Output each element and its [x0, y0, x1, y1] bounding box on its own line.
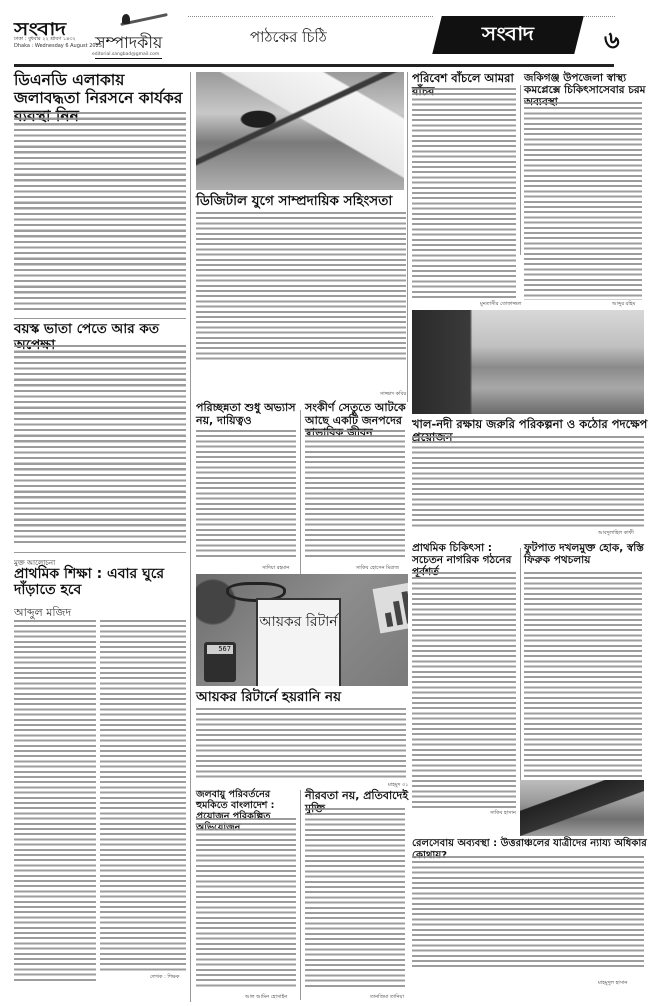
climate-body [196, 818, 296, 988]
opinion-headline[interactable]: প্রাথমিক শিক্ষা : এবার ঘুরে দাঁড়াতে হবে [14, 566, 186, 598]
cleanliness-headline[interactable]: পরিচ্ছন্নতা শুধু অভ্যাস নয়, দায়িত্বও [196, 402, 300, 427]
editorial-2-body [14, 345, 186, 545]
rail-body [412, 856, 644, 968]
footpath-body [524, 572, 642, 808]
bridge-body [305, 430, 405, 560]
tax-return-card-label: আয়কর রিটার্ন [258, 614, 339, 631]
environment-body [412, 88, 516, 300]
section-divider [14, 318, 186, 319]
silence-credit: তানজিমা তানিয়া [370, 994, 404, 1002]
train-photo [520, 780, 644, 836]
sangbad-logo-box[interactable]: সংবাদ [432, 16, 583, 54]
calculator-icon: 567 [204, 642, 236, 682]
environment-credit: মুনতাসীর তোফাজ্জল [480, 301, 521, 309]
dateline-bangla: ঢাকা : বুধবার ২২ শ্রাবণ ১৪৩২ [14, 36, 102, 43]
waterlogged-street-photo [412, 310, 644, 414]
health-body [524, 102, 642, 300]
opinion-body-col-1 [14, 620, 96, 982]
opinion-author-note: লেখক : শিক্ষক [150, 974, 179, 982]
column-divider [190, 72, 191, 1002]
dateline-english: Dhaka : Wednesday 6 August 2025 [14, 43, 102, 50]
dateline: ঢাকা : বুধবার ২২ শ্রাবণ ১৪৩২ Dhaka : Wed… [14, 36, 102, 50]
footpath-headline[interactable]: ফুটপাত দখলমুক্ত হোক, স্বস্তি ফিরুক পথচলা… [524, 542, 646, 566]
dotted-rule [580, 16, 615, 17]
tax-return-illustration: আয়কর রিটার্ন 567 [196, 574, 408, 686]
center-lead-headline[interactable]: ডিজিটাল যুগে সাম্প্রদায়িক সহিংসতা [196, 194, 406, 210]
column-divider [520, 548, 521, 816]
masthead: সংবাদ ঢাকা : বুধবার ২২ শ্রাবণ ১৪৩২ Dhaka… [0, 0, 650, 64]
chart-paper-icon [373, 580, 408, 634]
editorial-1-body [14, 112, 186, 312]
masthead-rule [14, 64, 614, 67]
center-lead-body [196, 212, 406, 362]
quill-pen-icon [120, 12, 168, 26]
first-aid-body [412, 572, 516, 808]
dotted-rule [188, 16, 433, 17]
tax-return-body [196, 708, 406, 780]
section-divider [14, 552, 186, 553]
column-divider [407, 72, 408, 402]
column-divider [520, 85, 521, 255]
calculator-display: 567 [207, 645, 233, 654]
rail-credit: মাহমুদুল হাসান [598, 980, 627, 988]
column-divider [300, 410, 301, 575]
first-aid-credit: সাকিব হাসান [490, 810, 516, 818]
bridge-credit: সাকিব হোসেন মিরাজ [356, 565, 399, 573]
page-number: ৬ [604, 22, 620, 62]
column-divider [300, 790, 301, 1000]
climate-credit: আল আমিন হোসাইন [245, 994, 287, 1002]
editorial-email[interactable]: editorial.sangbad@gmail.com [92, 52, 159, 57]
opinion-body-col-2 [100, 620, 186, 972]
center-lead-credit: সাজ্জাদ কবির [380, 391, 406, 399]
tax-return-headline[interactable]: আয়কর রিটার্নে হয়রানি নয় [196, 690, 406, 706]
cleanliness-credit: সাদিয়া রহমান [262, 565, 289, 573]
cleanliness-body [196, 430, 296, 560]
tax-return-card: আয়কর রিটার্ন [256, 598, 341, 686]
health-credit: আব্দুর রহিম [612, 301, 635, 309]
silence-body [305, 808, 405, 988]
rubble-photo [196, 72, 404, 190]
page-section-title: পাঠকের চিঠি [250, 26, 327, 51]
river-credit: আবদুলাহিল কাফী [598, 530, 634, 538]
river-body [412, 436, 644, 528]
